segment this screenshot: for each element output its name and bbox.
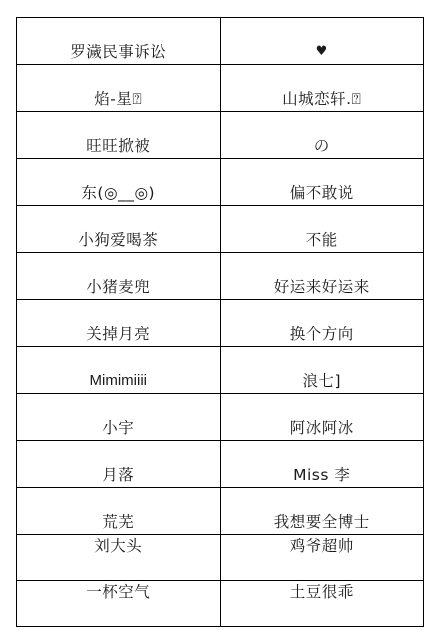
cell-text: 小狗爱喝茶 — [78, 231, 158, 249]
table-cell-right: 不能 — [220, 206, 424, 253]
table-cell-left: 小狗爱喝茶 — [17, 206, 221, 253]
cell-text: 山城恋轩.⍰ — [282, 90, 361, 108]
cell-text: 鸡爷超帅 — [290, 537, 354, 555]
cell-text: 我想要全博士 — [274, 513, 370, 531]
cell-text: Miss 李 — [293, 466, 350, 484]
table-row: Mimimiiii 浪七] — [17, 347, 424, 394]
table-cell-left: 关掉月亮 — [17, 300, 221, 347]
cell-text: 阿冰阿冰 — [290, 419, 354, 437]
table-cell-right: 山城恋轩.⍰ — [220, 65, 424, 112]
cell-text: 浪七] — [302, 372, 341, 390]
table-cell-left: 罗濊民事诉讼 — [17, 18, 221, 65]
table-row: 月落 Miss 李 — [17, 441, 424, 488]
table-cell-right: 换个方向 — [220, 300, 424, 347]
table-cell-left: 东(◎__◎) — [17, 159, 221, 206]
table-row: 焰-星⍰ 山城恋轩.⍰ — [17, 65, 424, 112]
table-row: 关掉月亮 换个方向 — [17, 300, 424, 347]
cell-text: 土豆很乖 — [290, 583, 354, 601]
table-cell-right: 浪七] — [220, 347, 424, 394]
table-cell-left: Mimimiiii — [17, 347, 221, 394]
cell-text: 关掉月亮 — [86, 325, 150, 343]
cell-text: 一杯空气 — [86, 583, 150, 601]
table-cell-left: 小宇 — [17, 394, 221, 441]
cell-text: 好运来好运来 — [274, 278, 370, 296]
table-row: 刘大头 鸡爷超帅 — [17, 535, 424, 581]
cell-text: 换个方向 — [290, 325, 354, 343]
table-cell-right: 阿冰阿冰 — [220, 394, 424, 441]
table-row: 小宇 阿冰阿冰 — [17, 394, 424, 441]
names-table: 罗濊民事诉讼 ♥ 焰-星⍰ 山城恋轩.⍰ 旺旺掀被 の 东(◎__◎) 偏不敢说… — [16, 17, 424, 627]
table-cell-left: 小猪麦兜 — [17, 253, 221, 300]
table-cell-right: ♥ — [220, 18, 424, 65]
cell-text: 小宇 — [102, 419, 134, 437]
table-cell-right: の — [220, 112, 424, 159]
table-cell-right: 我想要全博士 — [220, 488, 424, 535]
cell-text: の — [314, 137, 330, 155]
table-row: 旺旺掀被 の — [17, 112, 424, 159]
table-cell-right: 偏不敢说 — [220, 159, 424, 206]
table-cell-left: 旺旺掀被 — [17, 112, 221, 159]
cell-text: Mimimiiii — [90, 372, 147, 390]
table-cell-left: 一杯空气 — [17, 581, 221, 627]
table-cell-left: 荒芜 — [17, 488, 221, 535]
cell-text: 不能 — [306, 231, 338, 249]
table-row: 小猪麦兜 好运来好运来 — [17, 253, 424, 300]
cell-text: 小猪麦兜 — [86, 278, 150, 296]
cell-text: 旺旺掀被 — [86, 137, 150, 155]
table-cell-right: 土豆很乖 — [220, 581, 424, 627]
cell-text: 焰-星⍰ — [94, 90, 142, 108]
table-row: 罗濊民事诉讼 ♥ — [17, 18, 424, 65]
table-row: 东(◎__◎) 偏不敢说 — [17, 159, 424, 206]
table-cell-right: 好运来好运来 — [220, 253, 424, 300]
table-cell-right: 鸡爷超帅 — [220, 535, 424, 581]
cell-text: 偏不敢说 — [290, 184, 354, 202]
table-row: 一杯空气 土豆很乖 — [17, 581, 424, 627]
table-cell-left: 月落 — [17, 441, 221, 488]
table-row: 荒芜 我想要全博士 — [17, 488, 424, 535]
cell-text: 东(◎__◎) — [81, 184, 155, 202]
cell-text: 月落 — [102, 466, 134, 484]
cell-text: 刘大头 — [94, 537, 142, 555]
cell-text: 荒芜 — [102, 513, 134, 531]
heart-icon: ♥ — [316, 43, 328, 61]
table-cell-left: 刘大头 — [17, 535, 221, 581]
table-row: 小狗爱喝茶 不能 — [17, 206, 424, 253]
table-cell-right: Miss 李 — [220, 441, 424, 488]
table-cell-left: 焰-星⍰ — [17, 65, 221, 112]
cell-text: 罗濊民事诉讼 — [70, 43, 166, 61]
